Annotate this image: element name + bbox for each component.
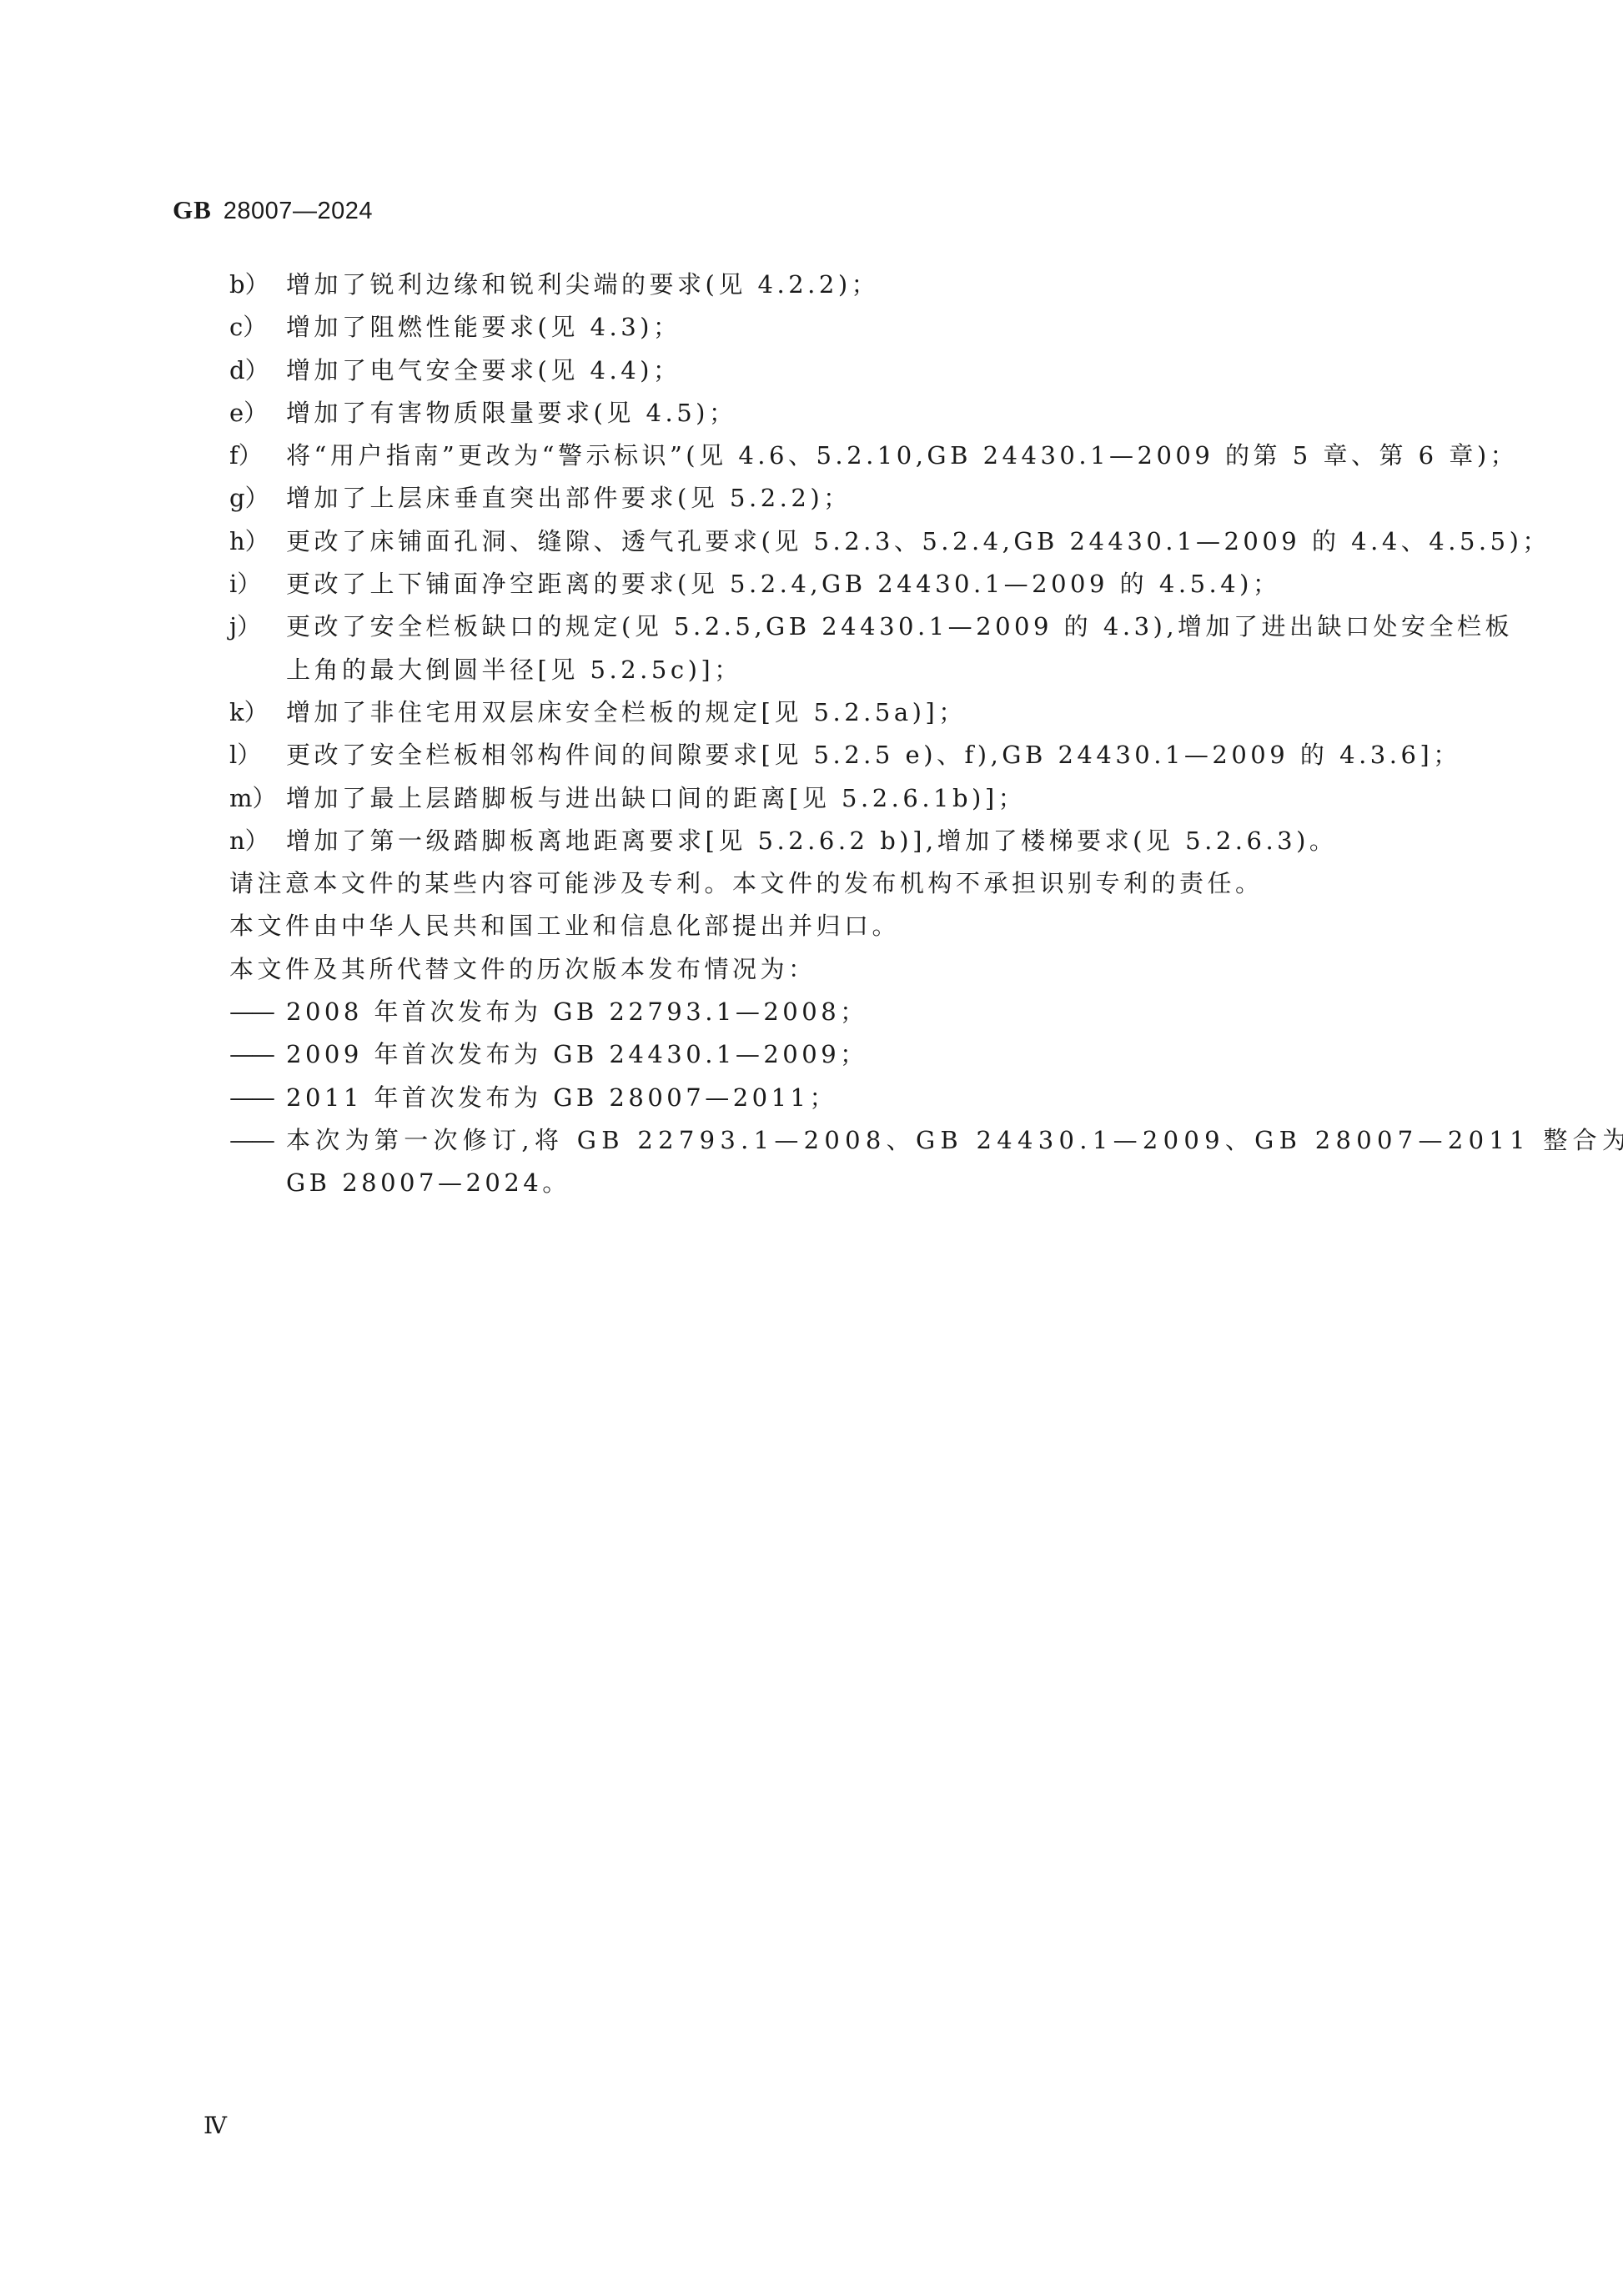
changes-list: b） 增加了锐利边缘和锐利尖端的要求(见 4.2.2)； c） 增加了阻燃性能要… [229,264,1430,862]
list-label: i） [229,563,286,605]
list-label: l） [229,734,286,776]
list-item-text: 更改了床铺面孔洞、缝隙、透气孔要求(见 5.2.3、5.2.4,GB 24430… [286,520,1550,563]
list-item-text: 更改了安全栏板缺口的规定(见 5.2.5,GB 24430.1—2009 的 4… [286,605,1513,648]
list-item-text: 增加了电气安全要求(见 4.4)； [286,349,1430,392]
page-number: Ⅳ [204,2110,227,2143]
change-item-k: k） 增加了非住宅用双层床安全栏板的规定[见 5.2.5a)]； [229,691,1430,734]
list-label: n） [229,820,286,862]
change-item-j: j） 更改了安全栏板缺口的规定(见 5.2.5,GB 24430.1—2009 … [229,605,1430,691]
history-item-text: 2008 年首次发布为 GB 22793.1—2008； [286,991,1430,1033]
list-item-text: 增加了有害物质限量要求(见 4.5)； [286,392,1430,435]
list-item-text: 增加了上层床垂直突出部件要求(见 5.2.2)； [286,477,1430,520]
change-item-h: h） 更改了床铺面孔洞、缝隙、透气孔要求(见 5.2.3、5.2.4,GB 24… [229,520,1430,563]
history-item-text: 2011 年首次发布为 GB 28007—2011； [286,1077,1430,1119]
list-item-text: 将“用户指南”更改为“警示标识”(见 4.6、5.2.10,GB 24430.1… [286,435,1518,477]
change-item-b: b） 增加了锐利边缘和锐利尖端的要求(见 4.2.2)； [229,264,1430,306]
change-item-f: f） 将“用户指南”更改为“警示标识”(见 4.6、5.2.10,GB 2443… [229,435,1430,477]
change-item-n: n） 增加了第一级踏脚板离地距离要求[见 5.2.6.2 b)],增加了楼梯要求… [229,820,1430,862]
history-item: —— 2011 年首次发布为 GB 28007—2011； [229,1077,1430,1119]
history-item: —— 本次为第一次修订,将 GB 22793.1—2008、GB 24430.1… [229,1119,1430,1205]
history-item: —— 2009 年首次发布为 GB 24430.1—2009； [229,1033,1430,1076]
proposed-by-statement: 本文件由中华人民共和国工业和信息化部提出并归口。 [229,905,1430,947]
list-label: g） [229,477,286,520]
list-item-text: 增加了最上层踏脚板与进出缺口间的距离[见 5.2.6.1b)]； [286,777,1430,820]
list-label: h） [229,520,286,563]
list-label: f） [229,435,286,477]
history-item: —— 2008 年首次发布为 GB 22793.1—2008； [229,991,1430,1033]
list-label: d） [229,349,286,392]
document-body: b） 增加了锐利边缘和锐利尖端的要求(见 4.2.2)； c） 增加了阻燃性能要… [229,264,1430,1205]
list-label: e） [229,392,286,435]
history-item-text-continuation: GB 28007—2024。 [286,1162,1623,1204]
list-label: k） [229,691,286,734]
change-item-g: g） 增加了上层床垂直突出部件要求(见 5.2.2)； [229,477,1430,520]
em-dash-marker: —— [229,1077,286,1119]
list-label: j） [229,605,286,648]
list-label: m） [229,777,286,820]
list-label: c） [229,306,286,349]
patent-notice: 请注意本文件的某些内容可能涉及专利。本文件的发布机构不承担识别专利的责任。 [229,862,1430,905]
list-item-text: 更改了安全栏板相邻构件间的间隙要求[见 5.2.5 e)、f),GB 24430… [286,734,1461,776]
em-dash-marker: —— [229,1033,286,1076]
list-item-text: 增加了锐利边缘和锐利尖端的要求(见 4.2.2)； [286,264,1430,306]
em-dash-marker: —— [229,1119,286,1205]
change-item-i: i） 更改了上下铺面净空距离的要求(见 5.2.4,GB 24430.1—200… [229,563,1430,605]
list-item-text: 增加了第一级踏脚板离地距离要求[见 5.2.6.2 b)],增加了楼梯要求(见 … [286,820,1430,862]
change-item-e: e） 增加了有害物质限量要求(见 4.5)； [229,392,1430,435]
standard-prefix: GB [173,195,212,224]
change-item-c: c） 增加了阻燃性能要求(见 4.3)； [229,306,1430,349]
history-item-text: 本次为第一次修订,将 GB 22793.1—2008、GB 24430.1—20… [286,1119,1623,1162]
standard-number: 28007—2024 [224,198,373,224]
history-intro: 本文件及其所代替文件的历次版本发布情况为： [229,948,1430,991]
list-label: b） [229,264,286,306]
page-header: GB28007—2024 [173,193,373,227]
change-item-m: m） 增加了最上层踏脚板与进出缺口间的距离[见 5.2.6.1b)]； [229,777,1430,820]
version-history-list: —— 2008 年首次发布为 GB 22793.1—2008； —— 2009 … [229,991,1430,1204]
history-item-text: 2009 年首次发布为 GB 24430.1—2009； [286,1033,1430,1076]
list-item-text: 更改了上下铺面净空距离的要求(见 5.2.4,GB 24430.1—2009 的… [286,563,1430,605]
em-dash-marker: —— [229,991,286,1033]
change-item-l: l） 更改了安全栏板相邻构件间的间隙要求[见 5.2.5 e)、f),GB 24… [229,734,1430,776]
list-item-text: 增加了非住宅用双层床安全栏板的规定[见 5.2.5a)]； [286,691,1430,734]
change-item-d: d） 增加了电气安全要求(见 4.4)； [229,349,1430,392]
list-item-text-continuation: 上角的最大倒圆半径[见 5.2.5c)]； [286,649,1513,691]
list-item-text: 增加了阻燃性能要求(见 4.3)； [286,306,1430,349]
